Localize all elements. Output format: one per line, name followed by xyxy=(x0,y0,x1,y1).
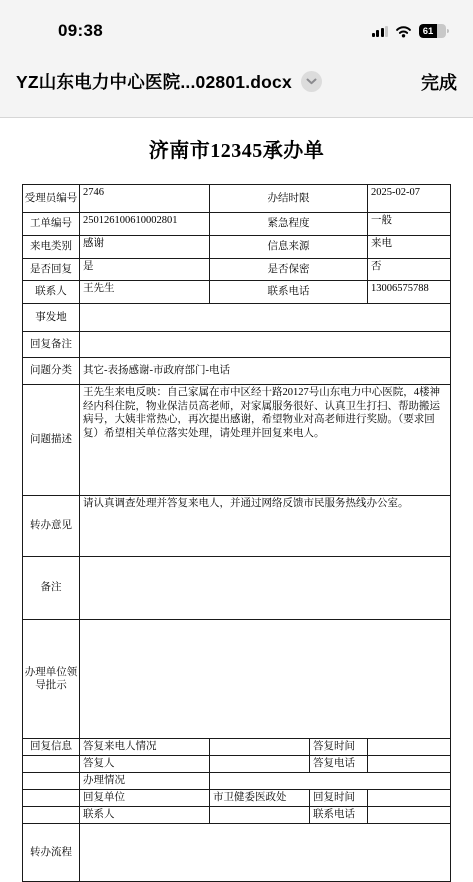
table-row: 联系人 王先生 联系电话 13006575788 xyxy=(23,281,451,304)
table-row: 转办流程 xyxy=(23,824,451,882)
label-reply-contact-phone: 联系电话 xyxy=(310,807,368,824)
value-reply-note xyxy=(80,332,451,358)
chevron-down-icon xyxy=(306,78,317,85)
label-transfer-flow: 转办流程 xyxy=(23,824,80,882)
reply-section-spacer-cell xyxy=(23,790,80,807)
label-problem-category: 问题分类 xyxy=(23,358,80,385)
wifi-icon xyxy=(395,25,412,38)
value-contact-phone: 13006575788 xyxy=(368,281,451,304)
value-problem-category: 其它-表扬感谢-市政府部门-电话 xyxy=(80,358,451,385)
table-row: 事发地 xyxy=(23,304,451,332)
table-row: 来电类别 感谢 信息来源 来电 xyxy=(23,236,451,259)
value-reply-unit: 市卫健委医政处 xyxy=(210,790,310,807)
reply-section-spacer-cell xyxy=(23,807,80,824)
value-contact-name: 王先生 xyxy=(80,281,210,304)
label-reply-contact: 联系人 xyxy=(80,807,210,824)
value-reply-unit-time xyxy=(368,790,451,807)
value-need-reply: 是 xyxy=(80,259,210,281)
table-row: 回复信息 答复来电人情况 答复时间 xyxy=(23,739,451,756)
value-handling-situation xyxy=(210,773,451,790)
label-problem-description: 问题描述 xyxy=(23,385,80,496)
value-reply-caller-situation xyxy=(210,739,310,756)
label-transfer-opinion: 转办意见 xyxy=(23,496,80,557)
value-deadline: 2025-02-07 xyxy=(368,185,451,213)
label-leader-instruction: 办理单位领导批示 xyxy=(23,620,80,739)
label-reply-unit: 回复单位 xyxy=(80,790,210,807)
table-row: 受理员编号 2746 办结时限 2025-02-07 xyxy=(23,185,451,213)
value-order-number: 250126100610002801 xyxy=(80,213,210,236)
battery-icon: 61 xyxy=(419,24,449,38)
table-row: 回复单位 市卫健委医政处 回复时间 xyxy=(23,790,451,807)
value-reply-time xyxy=(368,739,451,756)
label-reply-note: 回复备注 xyxy=(23,332,80,358)
value-replier-phone xyxy=(368,756,451,773)
table-row: 是否回复 是 是否保密 否 xyxy=(23,259,451,281)
table-row: 问题描述 王先生来电反映：自己家属在市中区经十路20127号山东电力中心医院，4… xyxy=(23,385,451,496)
document-viewer[interactable]: 济南市12345承办单 受理员编号 2746 办结时限 2025-02-07 工… xyxy=(0,118,473,882)
table-row: 办理单位领导批示 xyxy=(23,620,451,739)
file-menu-button[interactable] xyxy=(301,71,322,92)
table-row: 问题分类 其它-表扬感谢-市政府部门-电话 xyxy=(23,358,451,385)
value-confidential: 否 xyxy=(368,259,451,281)
label-reply-caller-situation: 答复来电人情况 xyxy=(80,739,210,756)
label-contact-phone: 联系电话 xyxy=(210,281,368,304)
table-row: 备注 xyxy=(23,557,451,620)
cellular-signal-icon xyxy=(372,26,389,37)
value-acceptor-number: 2746 xyxy=(80,185,210,213)
value-urgency: 一般 xyxy=(368,213,451,236)
table-row: 办理情况 xyxy=(23,773,451,790)
label-deadline: 办结时限 xyxy=(210,185,368,213)
table-row: 工单编号 250126100610002801 紧急程度 一般 xyxy=(23,213,451,236)
value-transfer-opinion: 请认真调查处理并答复来电人，并通过网络反馈市民服务热线办公室。 xyxy=(80,496,451,557)
document-title: 济南市12345承办单 xyxy=(0,134,473,163)
file-title-group: YZ山东电力中心医院...02801.docx xyxy=(16,69,403,94)
value-reply-contact-phone xyxy=(368,807,451,824)
reply-section-spacer-cell xyxy=(23,756,80,773)
table-row: 联系人 联系电话 xyxy=(23,807,451,824)
label-incident-place: 事发地 xyxy=(23,304,80,332)
reply-section-spacer-cell xyxy=(23,773,80,790)
value-problem-description: 王先生来电反映：自己家属在市中区经十路20127号山东电力中心医院，4楼神经内科… xyxy=(80,385,451,496)
app-header: 09:38 61 YZ山东电力中心医院...02801.docx xyxy=(0,0,473,118)
status-time: 09:38 xyxy=(58,21,103,41)
battery-percent-text: 61 xyxy=(423,26,434,37)
table-row: 回复备注 xyxy=(23,332,451,358)
value-remark xyxy=(80,557,451,620)
status-bar: 09:38 61 xyxy=(0,0,473,54)
label-reply-time: 答复时间 xyxy=(310,739,368,756)
label-acceptor-number: 受理员编号 xyxy=(23,185,80,213)
table-row: 答复人 答复电话 xyxy=(23,756,451,773)
form-table: 受理员编号 2746 办结时限 2025-02-07 工单编号 25012610… xyxy=(22,184,451,882)
label-order-number: 工单编号 xyxy=(23,213,80,236)
label-reply-info-section: 回复信息 xyxy=(23,739,80,756)
label-call-type: 来电类别 xyxy=(23,236,80,259)
file-name-label: YZ山东电力中心医院...02801.docx xyxy=(16,69,292,94)
document-toolbar: YZ山东电力中心医院...02801.docx 完成 xyxy=(0,54,473,117)
label-need-reply: 是否回复 xyxy=(23,259,80,281)
value-leader-instruction xyxy=(80,620,451,739)
label-contact-name: 联系人 xyxy=(23,281,80,304)
status-icons: 61 xyxy=(372,24,449,38)
label-confidential: 是否保密 xyxy=(210,259,368,281)
value-replier xyxy=(210,756,310,773)
label-reply-unit-time: 回复时间 xyxy=(310,790,368,807)
value-info-source: 来电 xyxy=(368,236,451,259)
label-info-source: 信息来源 xyxy=(210,236,368,259)
label-replier-phone: 答复电话 xyxy=(310,756,368,773)
label-handling-situation: 办理情况 xyxy=(80,773,210,790)
value-call-type: 感谢 xyxy=(80,236,210,259)
label-urgency: 紧急程度 xyxy=(210,213,368,236)
table-row: 转办意见 请认真调查处理并答复来电人，并通过网络反馈市民服务热线办公室。 xyxy=(23,496,451,557)
value-transfer-flow xyxy=(80,824,451,882)
value-incident-place xyxy=(80,304,451,332)
label-replier: 答复人 xyxy=(80,756,210,773)
done-button[interactable]: 完成 xyxy=(421,69,457,95)
value-reply-contact xyxy=(210,807,310,824)
label-remark: 备注 xyxy=(23,557,80,620)
